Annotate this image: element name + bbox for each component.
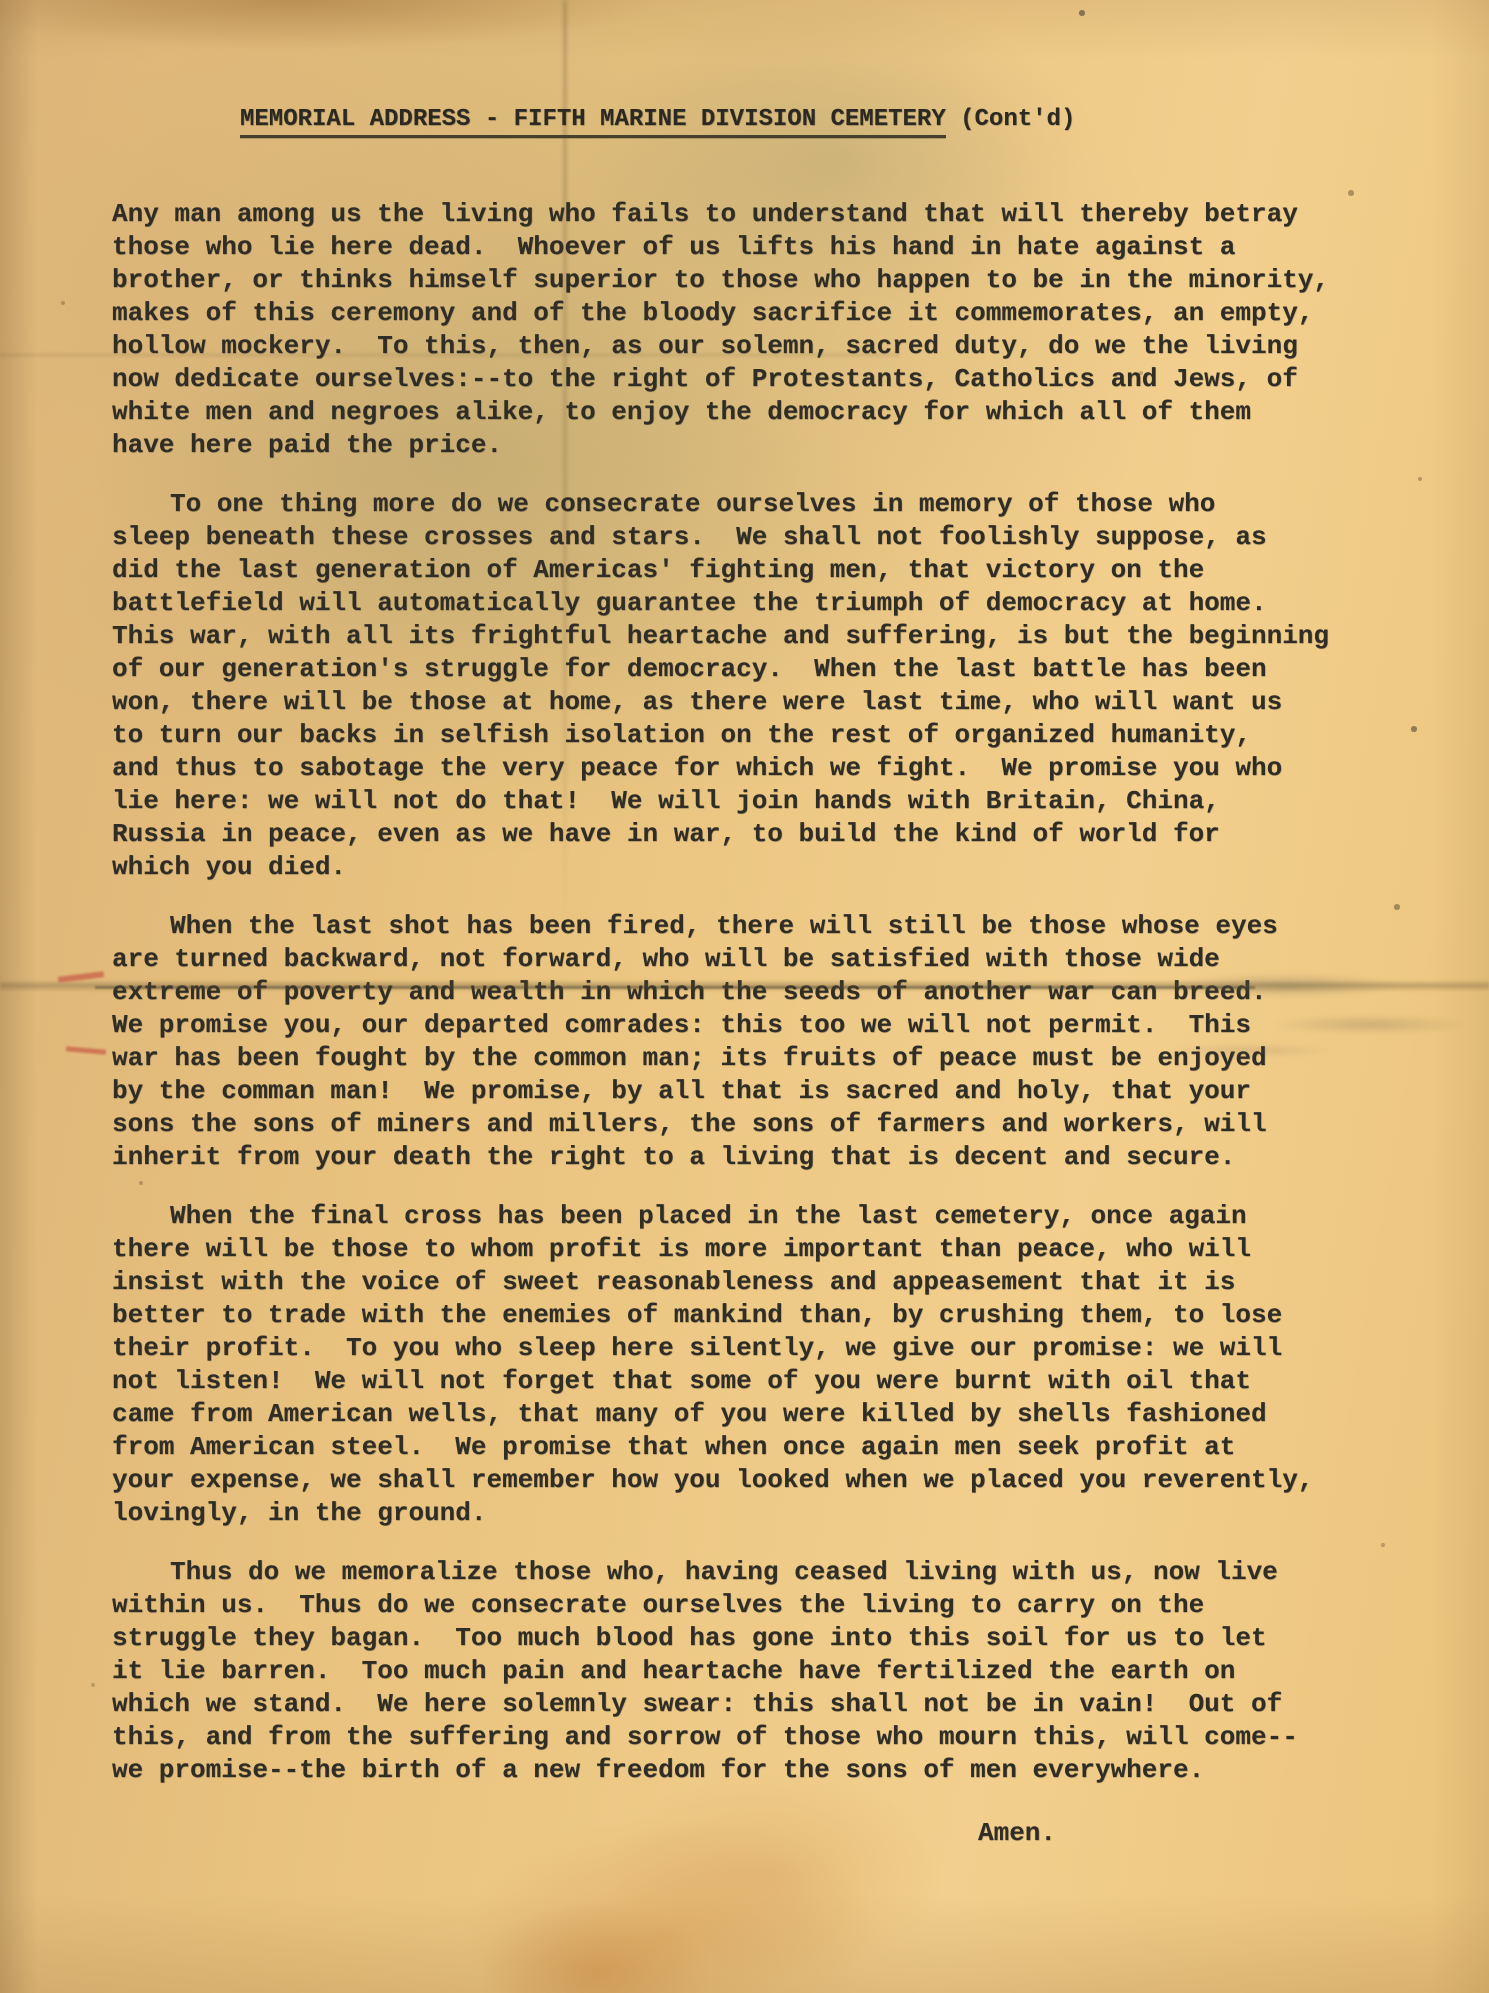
text-line: there will be those to whom profit is mo… xyxy=(112,1233,1329,1266)
document-page: MEMORIAL ADDRESS - FIFTH MARINE DIVISION… xyxy=(0,0,1489,1993)
text-line: and thus to sabotage the very peace for … xyxy=(112,752,1329,785)
text-line: sleep beneath these crosses and stars. W… xyxy=(112,521,1329,554)
text-line: did the last generation of Americas' fig… xyxy=(112,554,1329,587)
text-line: have here paid the price. xyxy=(112,429,1329,462)
closing-amen: Amen. xyxy=(112,1817,1329,1850)
paragraph: Any man among us the living who fails to… xyxy=(112,198,1329,462)
document-body: Any man among us the living who fails to… xyxy=(112,198,1329,1850)
text-line: sons the sons of miners and millers, the… xyxy=(112,1108,1329,1141)
page-title-underlined: MEMORIAL ADDRESS - FIFTH MARINE DIVISION… xyxy=(240,106,946,138)
text-line: war has been fought by the common man; i… xyxy=(112,1042,1329,1075)
text-line: within us. Thus do we consecrate ourselv… xyxy=(112,1589,1329,1622)
text-line: from American steel. We promise that whe… xyxy=(112,1431,1329,1464)
text-line: this, and from the suffering and sorrow … xyxy=(112,1721,1329,1754)
text-line: won, there will be those at home, as the… xyxy=(112,686,1329,719)
text-line: struggle they bagan. Too much blood has … xyxy=(112,1622,1329,1655)
text-line: not listen! We will not forget that some… xyxy=(112,1365,1329,1398)
text-line: We promise you, our departed comrades: t… xyxy=(112,1009,1329,1042)
text-line: by the comman man! We promise, by all th… xyxy=(112,1075,1329,1108)
page-title: MEMORIAL ADDRESS - FIFTH MARINE DIVISION… xyxy=(240,106,1075,133)
text-line: inherit from your death the right to a l… xyxy=(112,1141,1329,1174)
dust-specks xyxy=(0,0,2,2)
smudge-stain xyxy=(1150,940,1489,1070)
text-line: When the final cross has been placed in … xyxy=(112,1200,1329,1233)
text-line: it lie barren. Too much pain and heartac… xyxy=(112,1655,1329,1688)
text-line: now dedicate ourselves:--to the right of… xyxy=(112,363,1329,396)
text-line: lie here: we will not do that! We will j… xyxy=(112,785,1329,818)
paragraph: To one thing more do we consecrate ourse… xyxy=(112,488,1329,884)
text-line: of our generation's struggle for democra… xyxy=(112,653,1329,686)
text-line: Any man among us the living who fails to… xyxy=(112,198,1329,231)
paragraph: When the last shot has been fired, there… xyxy=(112,910,1329,1174)
text-line: hollow mockery. To this, then, as our so… xyxy=(112,330,1329,363)
text-line: white men and negroes alike, to enjoy th… xyxy=(112,396,1329,429)
text-line: to turn our backs in selfish isolation o… xyxy=(112,719,1329,752)
red-pencil-mark xyxy=(66,1046,106,1054)
text-line: which you died. xyxy=(112,851,1329,884)
text-line: battlefield will automatically guarantee… xyxy=(112,587,1329,620)
text-line: came from American wells, that many of y… xyxy=(112,1398,1329,1431)
page-title-suffix: (Cont'd) xyxy=(946,106,1076,133)
text-line: are turned backward, not forward, who wi… xyxy=(112,943,1329,976)
text-line: lovingly, in the ground. xyxy=(112,1497,1329,1530)
paragraph: Thus do we memoralize those who, having … xyxy=(112,1556,1329,1787)
text-line: To one thing more do we consecrate ourse… xyxy=(112,488,1329,521)
text-line: their profit. To you who sleep here sile… xyxy=(112,1332,1329,1365)
text-line: insist with the voice of sweet reasonabl… xyxy=(112,1266,1329,1299)
text-line: This war, with all its frightful heartac… xyxy=(112,620,1329,653)
text-line: Thus do we memoralize those who, having … xyxy=(112,1556,1329,1589)
text-line: better to trade with the enemies of mank… xyxy=(112,1299,1329,1332)
paragraph: When the final cross has been placed in … xyxy=(112,1200,1329,1530)
text-line: which we stand. We here solemnly swear: … xyxy=(112,1688,1329,1721)
text-line: those who lie here dead. Whoever of us l… xyxy=(112,231,1329,264)
crease-ink-smear xyxy=(95,986,1255,989)
text-line: we promise--the birth of a new freedom f… xyxy=(112,1754,1329,1787)
text-line: your expense, we shall remember how you … xyxy=(112,1464,1329,1497)
text-line: Russia in peace, even as we have in war,… xyxy=(112,818,1329,851)
text-line: makes of this ceremony and of the bloody… xyxy=(112,297,1329,330)
text-line: When the last shot has been fired, there… xyxy=(112,910,1329,943)
text-line: brother, or thinks himself superior to t… xyxy=(112,264,1329,297)
